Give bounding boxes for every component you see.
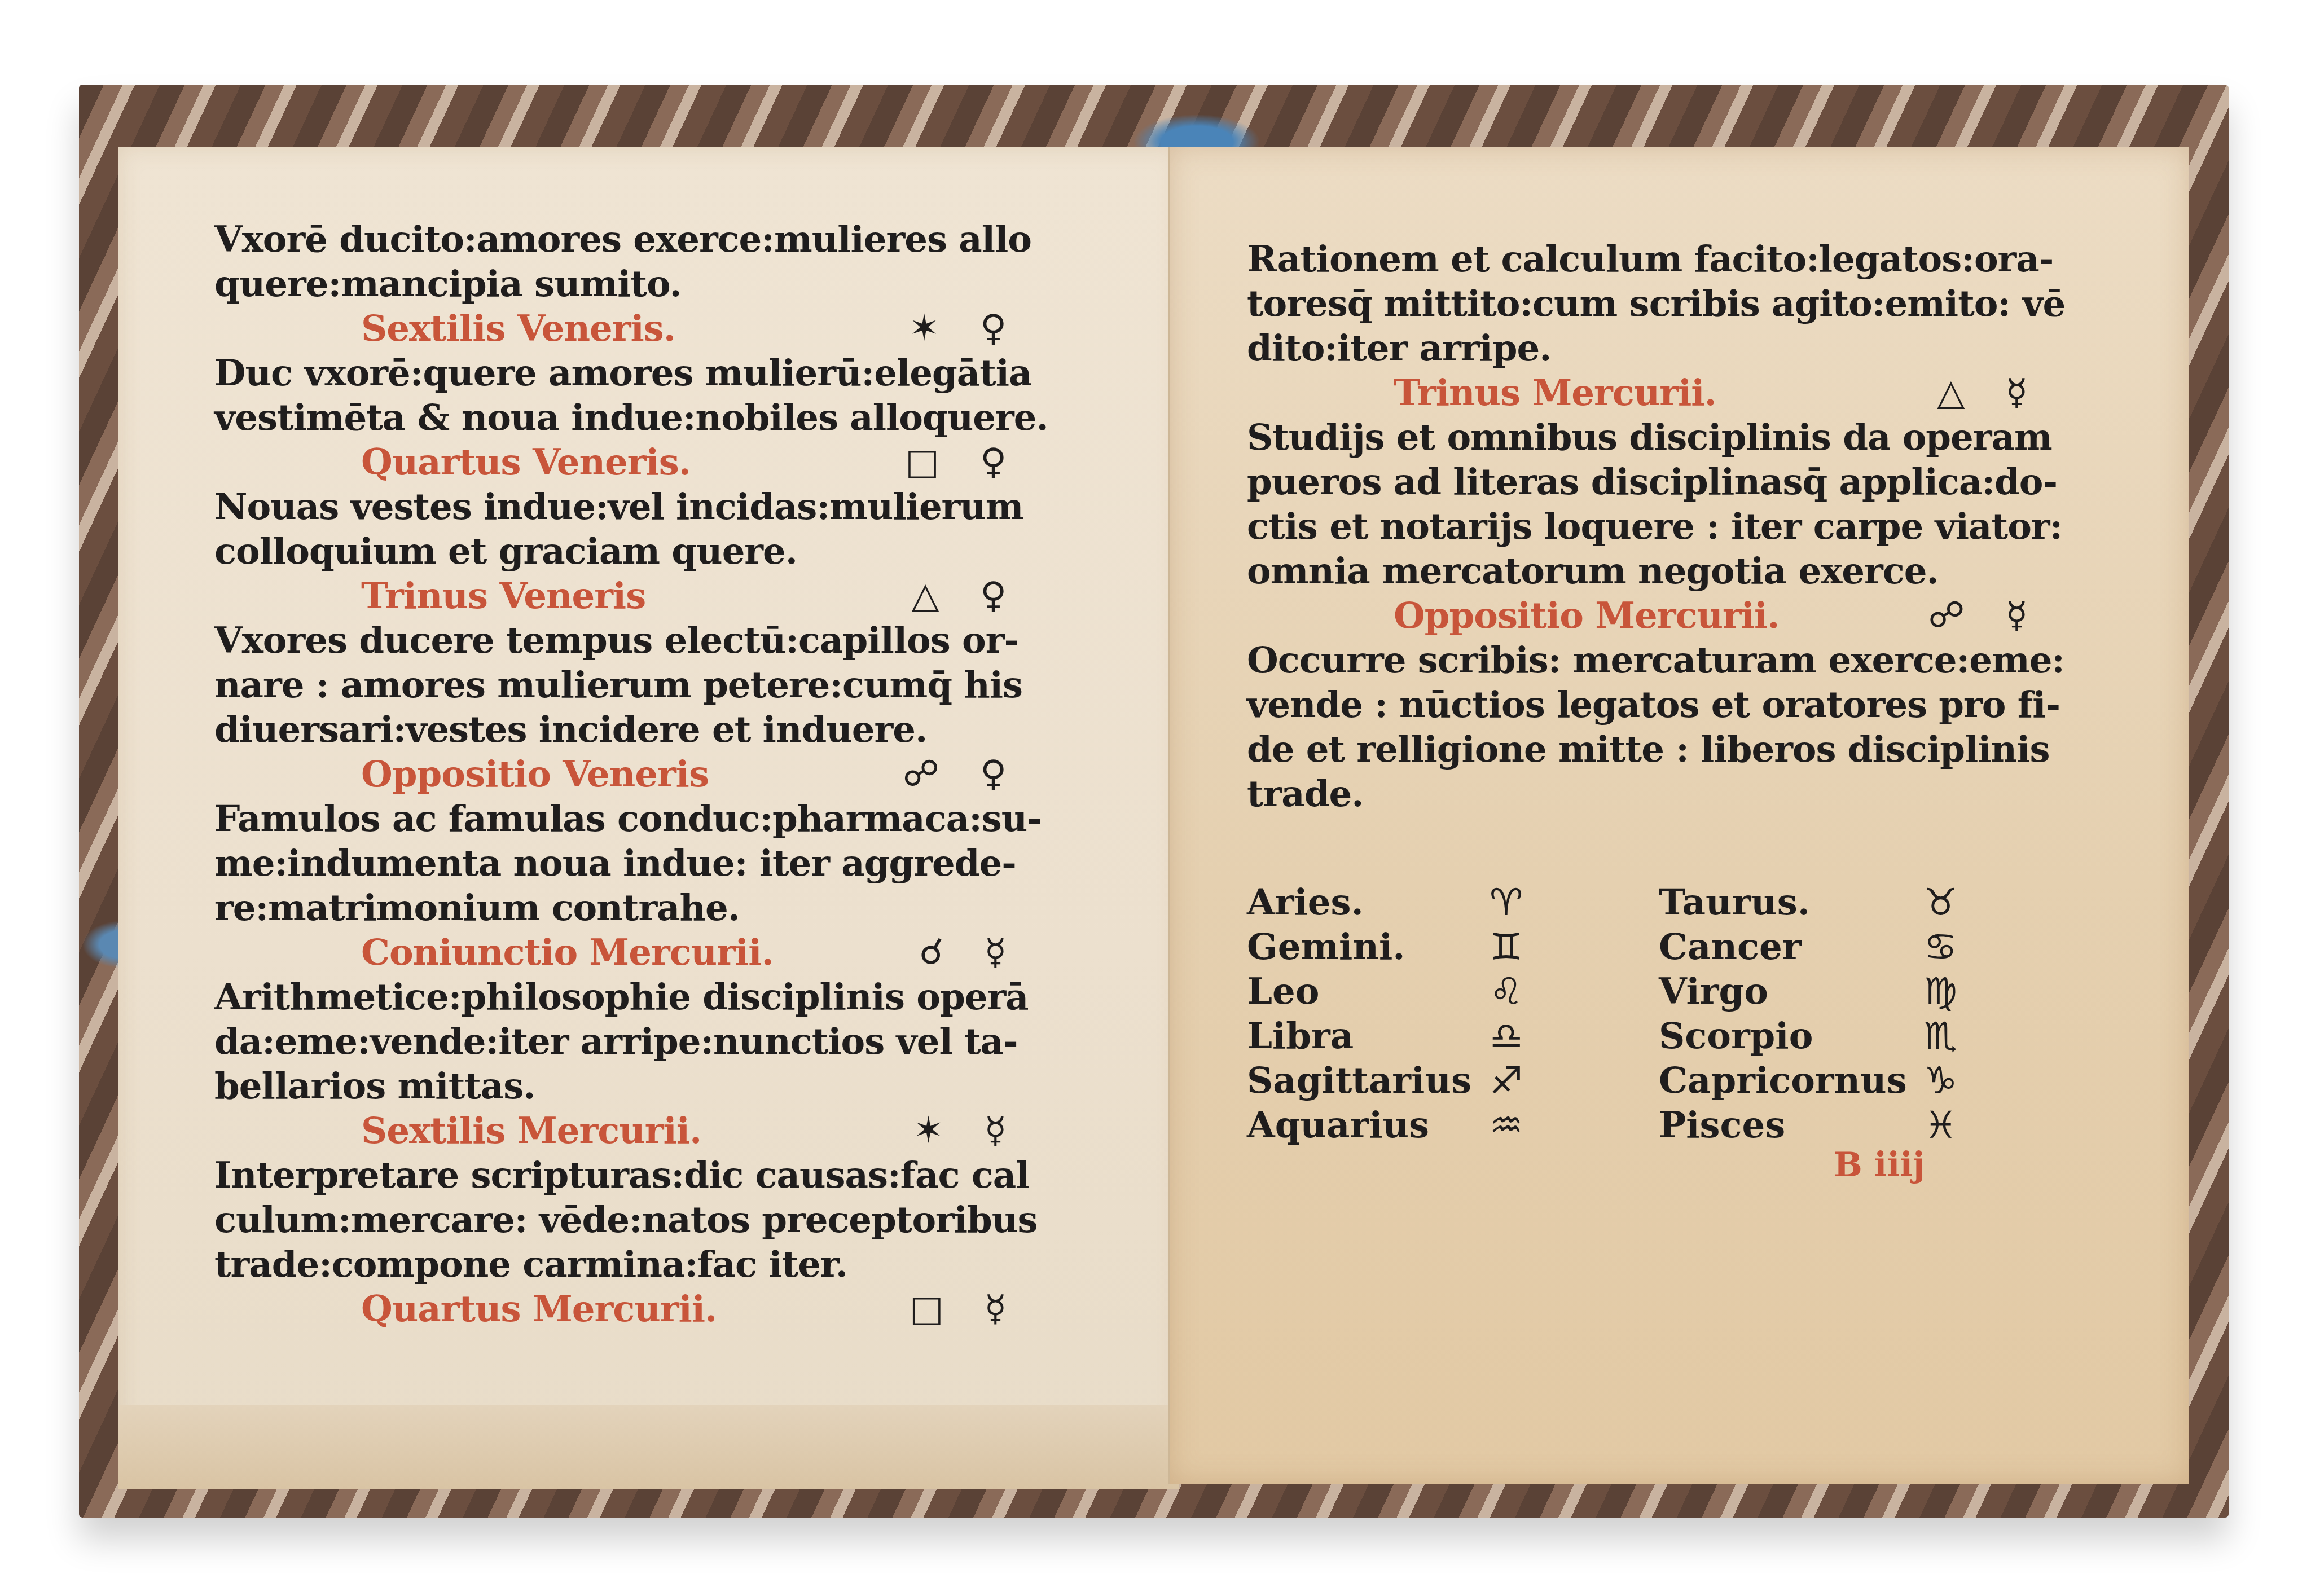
text-line: Rationem et calculum facito:legatos:ora- bbox=[1247, 237, 2082, 282]
text-line: quere:mancipia sumito. bbox=[214, 262, 1061, 306]
aspect-heading: Coniunctio Mercurii.☌ ☿ bbox=[214, 930, 1061, 975]
text-line: Vxorē ducito:amores exerce:mulieres allo bbox=[214, 217, 1061, 262]
aspect-heading: Trinus Mercurii.△ ☿ bbox=[1247, 371, 2082, 415]
zodiac-sign-name: Aquarius bbox=[1247, 1103, 1490, 1147]
text-line: toresq̄ mittito:cum scribis agito:emito:… bbox=[1247, 282, 2082, 326]
aspect-planet-symbol-icon: ✶ ♀ bbox=[909, 306, 1021, 351]
zodiac-sign-icon: ♓ bbox=[1924, 1103, 2037, 1147]
zodiac-sign-name: Sagittarius bbox=[1247, 1058, 1490, 1103]
aspect-heading: Quartus Veneris.□ ♀ bbox=[214, 440, 1061, 485]
aspect-heading-label: Trinus Veneris bbox=[361, 574, 645, 618]
text-line: Occurre scribis: mercaturam exerce:eme: bbox=[1247, 638, 2082, 683]
zodiac-sign-icon: ♉ bbox=[1924, 880, 2037, 925]
text-line: bellarios mittas. bbox=[214, 1064, 1061, 1109]
zodiac-sign-icon: ♌ bbox=[1490, 969, 1659, 1014]
text-line: de et relligione mitte : liberos discipl… bbox=[1247, 727, 2082, 772]
aspect-heading: Sextilis Veneris.✶ ♀ bbox=[214, 306, 1061, 351]
aspect-planet-symbol-icon: ☍ ♀ bbox=[903, 752, 1021, 797]
aspect-heading: Oppositio Veneris☍ ♀ bbox=[214, 752, 1061, 797]
aspect-heading: Quartus Mercurii.□ ☿ bbox=[214, 1287, 1061, 1331]
zodiac-sign-icon: ♊ bbox=[1490, 925, 1659, 969]
text-line: Interpretare scripturas:dic causas:fac c… bbox=[214, 1153, 1061, 1198]
aspect-heading: Oppositio Mercurii.☍ ☿ bbox=[1247, 593, 2082, 638]
zodiac-sign-name: Leo bbox=[1247, 969, 1490, 1014]
text-line: da:eme:vende:iter arripe:nunctios vel ta… bbox=[214, 1019, 1061, 1064]
text-line: Vxores ducere tempus electū:capillos or- bbox=[214, 618, 1061, 663]
text-line: vende : nūctios legatos et oratores pro … bbox=[1247, 683, 2082, 727]
aspect-planet-symbol-icon: □ ☿ bbox=[910, 1287, 1021, 1331]
aspect-heading-label: Oppositio Veneris bbox=[361, 752, 709, 797]
aspect-planet-symbol-icon: ✶ ☿ bbox=[913, 1109, 1021, 1153]
right-page-text: Rationem et calculum facito:legatos:ora-… bbox=[1247, 237, 2082, 816]
aspect-heading-label: Sextilis Veneris. bbox=[361, 306, 675, 351]
text-line: re:matrimonium contrahe. bbox=[214, 886, 1061, 930]
text-line: pueros ad literas disciplinasq̄ applica:… bbox=[1247, 460, 2082, 504]
zodiac-table: Aries.♈Taurus.♉Gemini.♊Cancer♋Leo♌Virgo♍… bbox=[1247, 880, 2076, 1147]
text-line: colloquium et graciam quere. bbox=[214, 529, 1061, 574]
aspect-heading-label: Quartus Veneris. bbox=[361, 440, 691, 485]
text-line: vestimēta & noua indue:nobiles alloquere… bbox=[214, 395, 1061, 440]
text-line: nare : amores mulierum petere:cumq̄ his bbox=[214, 663, 1061, 707]
text-line: culum:mercare: vēde:natos preceptoribus bbox=[214, 1198, 1061, 1242]
left-page-text: Vxorē ducito:amores exerce:mulieres allo… bbox=[214, 217, 1061, 1331]
aspect-heading-label: Coniunctio Mercurii. bbox=[361, 930, 774, 975]
zodiac-sign-icon: ♏ bbox=[1924, 1014, 2037, 1058]
aspect-planet-symbol-icon: ☍ ☿ bbox=[1928, 593, 2042, 638]
zodiac-sign-icon: ♈ bbox=[1490, 880, 1659, 925]
text-line: omnia mercatorum negotia exerce. bbox=[1247, 549, 2082, 593]
aspect-heading: Sextilis Mercurii.✶ ☿ bbox=[214, 1109, 1061, 1153]
aspect-heading-label: Oppositio Mercurii. bbox=[1394, 593, 1780, 638]
zodiac-sign-icon: ♍ bbox=[1924, 969, 2037, 1014]
zodiac-sign-icon: ♐ bbox=[1490, 1058, 1659, 1103]
aspect-planet-symbol-icon: △ ♀ bbox=[912, 574, 1021, 618]
zodiac-sign-name: Capricornus bbox=[1659, 1058, 1924, 1103]
aspect-planet-symbol-icon: ☌ ☿ bbox=[919, 930, 1021, 975]
left-page-lower-edge bbox=[118, 1405, 1179, 1489]
aspect-heading-label: Sextilis Mercurii. bbox=[361, 1109, 701, 1153]
zodiac-sign-icon: ♑ bbox=[1924, 1058, 2037, 1103]
aspect-planet-symbol-icon: □ ♀ bbox=[905, 440, 1021, 485]
text-line: Famulos ac famulas conduc:pharmaca:su- bbox=[214, 797, 1061, 841]
zodiac-sign-name: Taurus. bbox=[1659, 880, 1924, 925]
zodiac-sign-name: Libra bbox=[1247, 1014, 1490, 1058]
text-line: Nouas vestes indue:vel incidas:mulierum bbox=[214, 485, 1061, 529]
signature-mark: B iiij bbox=[1834, 1145, 1925, 1185]
aspect-planet-symbol-icon: △ ☿ bbox=[1937, 371, 2042, 415]
aspect-heading: Trinus Veneris△ ♀ bbox=[214, 574, 1061, 618]
text-line: Studijs et omnibus disciplinis da operam bbox=[1247, 415, 2082, 460]
text-line: diuersari:vestes incidere et induere. bbox=[214, 707, 1061, 752]
text-line: trade:compone carmina:fac iter. bbox=[214, 1242, 1061, 1287]
zodiac-sign-name: Scorpio bbox=[1659, 1014, 1924, 1058]
zodiac-sign-icon: ♒ bbox=[1490, 1103, 1659, 1147]
aspect-heading-label: Quartus Mercurii. bbox=[361, 1287, 717, 1331]
text-line: me:indumenta noua indue: iter aggrede- bbox=[214, 841, 1061, 886]
zodiac-sign-icon: ♎ bbox=[1490, 1014, 1659, 1058]
text-line: Duc vxorē:quere amores mulierū:elegātia bbox=[214, 351, 1061, 395]
zodiac-sign-name: Aries. bbox=[1247, 880, 1490, 925]
text-line: Arithmetice:philosophie disciplinis oper… bbox=[214, 975, 1061, 1019]
aspect-heading-label: Trinus Mercurii. bbox=[1394, 371, 1716, 415]
zodiac-sign-name: Virgo bbox=[1659, 969, 1924, 1014]
text-line: trade. bbox=[1247, 772, 2082, 816]
zodiac-sign-name: Gemini. bbox=[1247, 925, 1490, 969]
zodiac-sign-icon: ♋ bbox=[1924, 925, 2037, 969]
text-line: ctis et notarijs loquere : iter carpe vi… bbox=[1247, 504, 2082, 549]
zodiac-sign-name: Cancer bbox=[1659, 925, 1924, 969]
text-line: dito:iter arripe. bbox=[1247, 326, 2082, 371]
zodiac-sign-name: Pisces bbox=[1659, 1103, 1924, 1147]
